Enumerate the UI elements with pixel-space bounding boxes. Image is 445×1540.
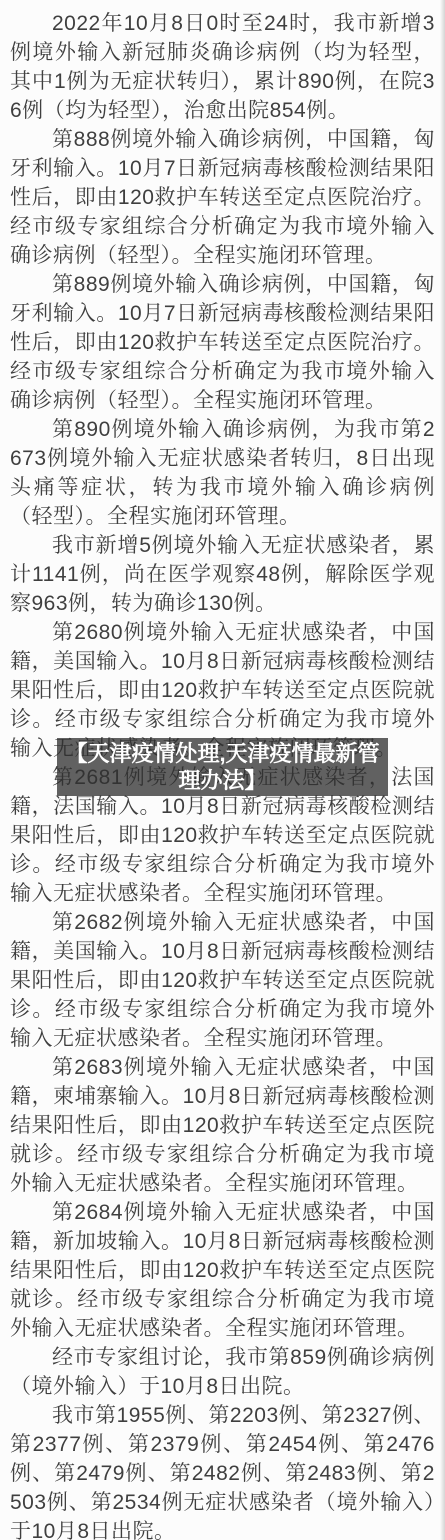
paragraph-discharge-859: 经市专家组讨论，我市第859例确诊病例（境外输入）于10月8日出院。 bbox=[10, 1343, 435, 1401]
paragraph-case-2684: 第2684例境外输入无症状感染者，中国籍，新加坡输入。10月8日新冠病毒核酸检测… bbox=[10, 1198, 435, 1343]
watermark-title: 【天津疫情处理,天津疫情最新管理办法】 bbox=[63, 740, 382, 794]
paragraph-case-890: 第890例境外输入确诊病例，为我市第2673例境外输入无症状感染者转归，8日出现… bbox=[10, 415, 435, 531]
paragraph-case-2682: 第2682例境外输入无症状感染者，中国籍，美国输入。10月8日新冠病毒核酸检测结… bbox=[10, 908, 435, 1053]
watermark-overlay: 【天津疫情处理,天津疫情最新管理办法】 bbox=[57, 738, 388, 796]
paragraph-daily-summary: 2022年10月8日0时至24时，我市新增3例境外输入新冠肺炎确诊病例（均为轻型… bbox=[10, 9, 435, 125]
paragraph-case-889: 第889例境外输入确诊病例，中国籍，匈牙利输入。10月7日新冠病毒核酸检测结果阳… bbox=[10, 270, 435, 415]
paragraph-discharge-list: 我市第1955例、第2203例、第2327例、第2377例、第2379例、第24… bbox=[10, 1401, 435, 1540]
paragraph-asymptomatic-summary: 我市新增5例境外输入无症状感染者，累计1141例，尚在医学观察48例，解除医学观… bbox=[10, 531, 435, 618]
paragraph-case-888: 第888例境外输入确诊病例，中国籍，匈牙利输入。10月7日新冠病毒核酸检测结果阳… bbox=[10, 125, 435, 270]
paragraph-case-2683: 第2683例境外输入无症状感染者，中国籍，柬埔寨输入。10月8日新冠病毒核酸检测… bbox=[10, 1053, 435, 1198]
